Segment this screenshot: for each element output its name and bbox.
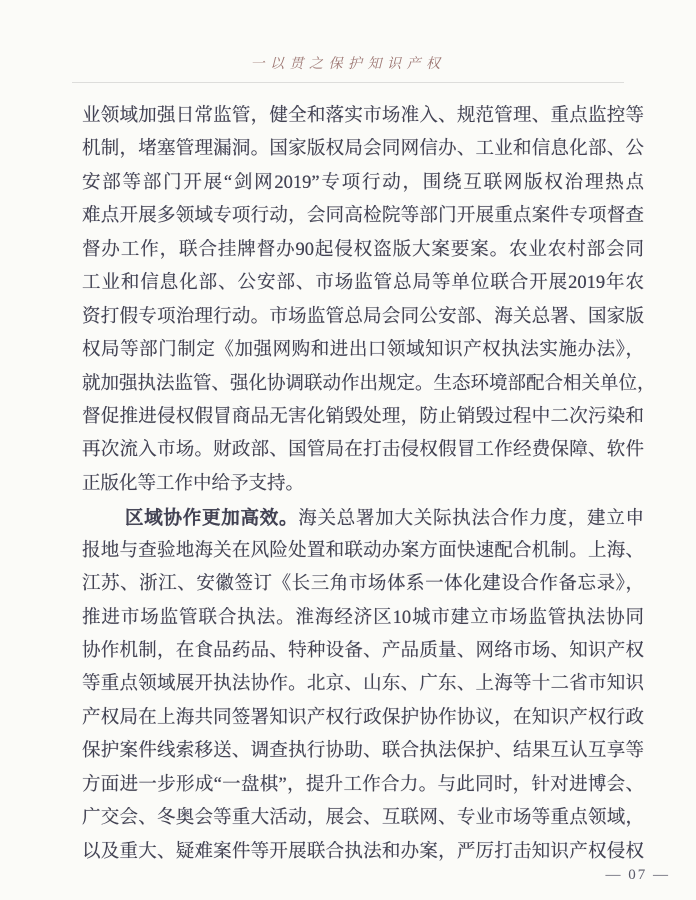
text-line: 难点开展多领域专项行动，会同高检院等部门开展重点案件专项督查 (82, 200, 644, 233)
text-line: 协作机制，在食品药品、特种设备、产品质量、网络市场、知识产权 (82, 635, 644, 668)
page-number: — 07 — (606, 866, 671, 884)
document-page: 一以贯之保护知识产权 业领域加强日常监管，健全和落实市场准入、规范管理、重点监控… (0, 0, 696, 900)
text-line: 资打假专项治理行动。市场监管总局会同公安部、海关总署、国家版 (82, 301, 644, 334)
text-line: 机制，堵塞管理漏洞。国家版权局会同网信办、工业和信息化部、公 (82, 133, 644, 166)
text-line: 业领域加强日常监管，健全和落实市场准入、规范管理、重点监控等 (82, 100, 644, 133)
text-line: 江苏、浙江、安徽签订《长三角市场体系一体化建设合作备忘录》， (82, 568, 644, 601)
text-line: 督办工作，联合挂牌督办90起侵权盗版大案要案。农业农村部会同 (82, 234, 644, 267)
text-line: 以及重大、疑难案件等开展联合执法和办案，严厉打击知识产权侵权 (82, 836, 644, 869)
text-line: 权局等部门制定《加强网购和进出口领域知识产权执法实施办法》， (82, 334, 644, 367)
text-line: 工业和信息化部、公安部、市场监管总局等单位联合开展2019年农 (82, 267, 644, 300)
text-line: 就加强执法监管、强化协调联动作出规定。生态环境部配合相关单位， (82, 368, 644, 401)
text-line: 再次流入市场。财政部、国管局在打击侵权假冒工作经费保障、软件 (82, 434, 644, 467)
text-line: 广交会、冬奥会等重大活动，展会、互联网、专业市场等重点领域， (82, 802, 644, 835)
text-line: 正版化等工作中给予支持。 (82, 468, 644, 501)
text-line: 保护案件线索移送、调查执行协助、联合执法保护、结果互认互享等 (82, 735, 644, 768)
text-line: 报地与查验地海关在风险处置和联动办案方面快速配合机制。上海、 (82, 535, 644, 568)
paragraph-lead: 区域协作更加高效。 (125, 507, 298, 528)
text-line: 产权局在上海共同签署知识产权行政保护协作协议，在知识产权行政 (82, 702, 644, 735)
running-header: 一以贯之保护知识产权 (0, 54, 696, 76)
text-line: 推进市场监管联合执法。淮海经济区10城市建立市场监管执法协同 (82, 602, 644, 635)
text-line: 督促推进侵权假冒商品无害化销毁处理，防止销毁过程中二次污染和 (82, 401, 644, 434)
text-line: 区域协作更加高效。海关总署加大关际执法合作力度，建立申 (82, 501, 644, 534)
text-line: 安部等部门开展“剑网2019”专项行动，围绕互联网版权治理热点 (82, 167, 644, 200)
header-rule (72, 82, 624, 83)
text-line: 方面进一步形成“一盘棋”，提升工作合力。与此同时，针对进博会、 (82, 769, 644, 802)
body-text: 业领域加强日常监管，健全和落实市场准入、规范管理、重点监控等机制，堵塞管理漏洞。… (82, 100, 644, 869)
text-line: 等重点领域展开执法协作。北京、山东、广东、上海等十二省市知识 (82, 668, 644, 701)
